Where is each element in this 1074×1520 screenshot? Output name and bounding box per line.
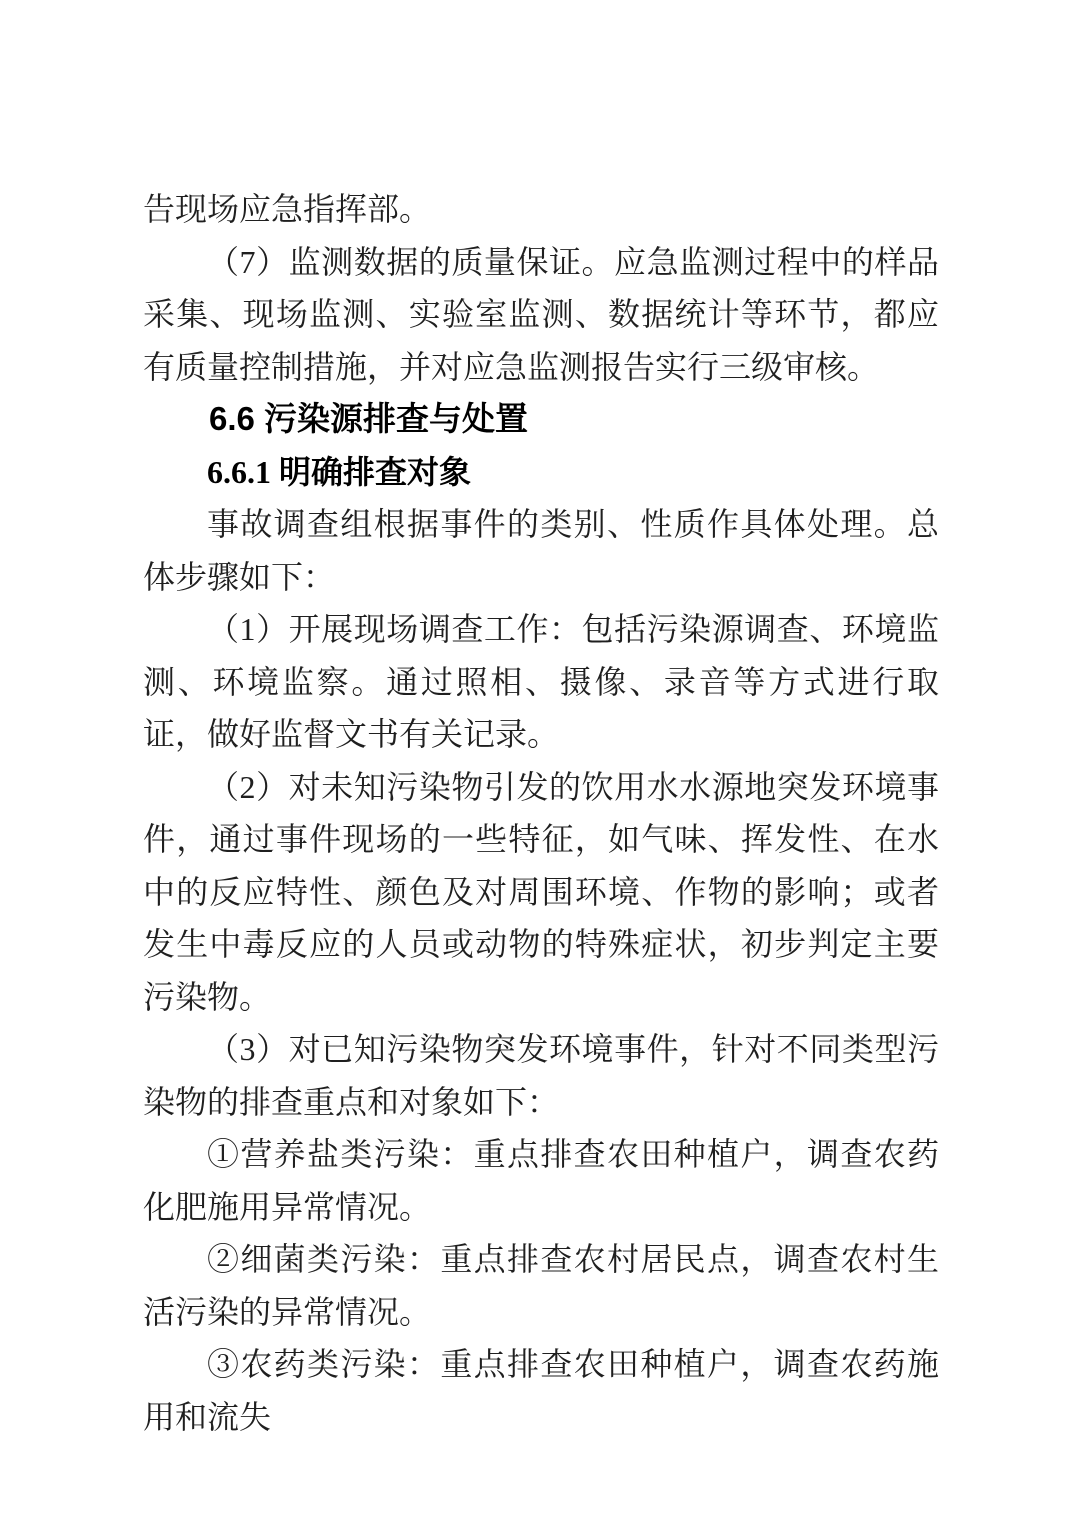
document-page: 告现场应急指挥部。（7）监测数据的质量保证。应急监测过程中的样品采集、现场监测、… (0, 0, 1074, 1520)
subsection-heading: 6.6.1 明确排查对象 (143, 446, 939, 499)
body-paragraph: （2）对未知污染物引发的饮用水水源地突发环境事件，通过事件现场的一些特征，如气味… (143, 761, 939, 1024)
body-paragraph: 事故调查组根据事件的类别、性质作具体处理。总体步骤如下： (143, 498, 939, 603)
body-paragraph: 告现场应急指挥部。 (143, 183, 939, 236)
body-paragraph: ①营养盐类污染：重点排查农田种植户，调查农药化肥施用异常情况。 (143, 1128, 939, 1233)
document-content: 告现场应急指挥部。（7）监测数据的质量保证。应急监测过程中的样品采集、现场监测、… (143, 183, 939, 1443)
body-paragraph: ③农药类污染：重点排查农田种植户，调查农药施用和流失 (143, 1338, 939, 1443)
body-paragraph: （1）开展现场调查工作：包括污染源调查、环境监测、环境监察。通过照相、摄像、录音… (143, 603, 939, 761)
body-paragraph: （7）监测数据的质量保证。应急监测过程中的样品采集、现场监测、实验室监测、数据统… (143, 236, 939, 394)
body-paragraph: （3）对已知污染物突发环境事件，针对不同类型污染物的排查重点和对象如下： (143, 1023, 939, 1128)
body-paragraph: ②细菌类污染：重点排查农村居民点，调查农村生活污染的异常情况。 (143, 1233, 939, 1338)
section-heading: 6.6 污染源排查与处置 (143, 393, 939, 446)
